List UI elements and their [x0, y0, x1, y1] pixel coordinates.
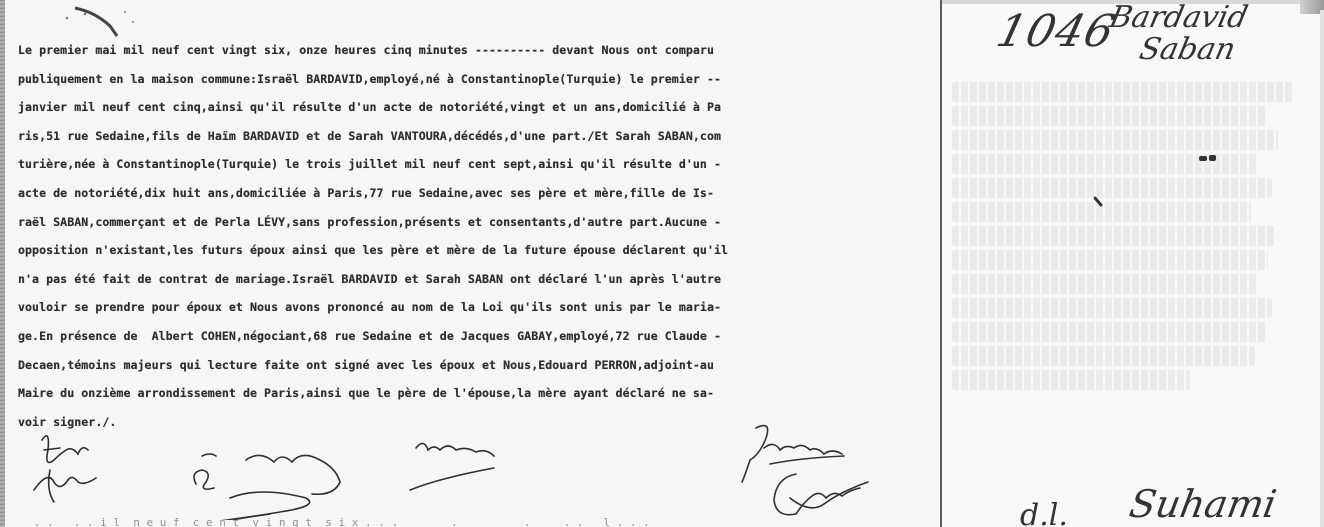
- act-line: raël SABAN,commerçant et de Perla LÉVY,s…: [18, 208, 938, 237]
- act-line: Decaen,témoins majeurs qui lecture faite…: [18, 351, 938, 380]
- act-line: opposition n'existant,les futurs époux a…: [18, 236, 938, 265]
- binding-edge: [0, 0, 5, 527]
- margin-surname-bride: Saban: [1136, 32, 1238, 67]
- ink-mark-icon: [1199, 156, 1207, 161]
- act-line: acte de notoriété,dix huit ans,domicilié…: [18, 179, 938, 208]
- signatures-left: [20, 420, 580, 520]
- margin-bottom-prefix: d.l.: [1020, 498, 1068, 527]
- act-body: Le premier mai mil neuf cent vingt six, …: [18, 36, 938, 436]
- act-line: ris,51 rue Sedaine,fils de Haïm BARDAVID…: [18, 122, 938, 151]
- act-line: n'a pas été fait de contrat de mariage.I…: [18, 265, 938, 294]
- ink-mark-icon: [1209, 155, 1216, 161]
- ink-smudge-icon: [55, 2, 145, 40]
- act-line: janvier mil neuf cent cinq,ainsi qu'il r…: [18, 93, 938, 122]
- act-line: publiquement en la maison commune:Israël…: [18, 65, 938, 94]
- margin-bottom-signature: Suhami: [1126, 482, 1280, 526]
- margin-column: [942, 0, 1324, 527]
- act-number: 1046: [992, 6, 1121, 57]
- document-scan: Le premier mai mil neuf cent vingt six, …: [0, 0, 1324, 527]
- act-line: turière,née à Constantinople(Turquie) le…: [18, 150, 938, 179]
- act-line: vouloir se prendre pour époux et Nous av…: [18, 293, 938, 322]
- act-line: Maire du onzième arrondissement de Paris…: [18, 379, 938, 408]
- page-right-edge: [1320, 10, 1324, 527]
- signatures-right: [720, 418, 880, 527]
- margin-surname-groom: Bardavid: [1106, 0, 1251, 35]
- bleed-through-text: [952, 82, 1292, 394]
- next-act-fragment: . . . . i l n e u f c e n t v i n g t s …: [14, 516, 934, 527]
- act-line: Le premier mai mil neuf cent vingt six, …: [18, 36, 938, 65]
- act-line: ge.En présence de Albert COHEN,négociant…: [18, 322, 938, 351]
